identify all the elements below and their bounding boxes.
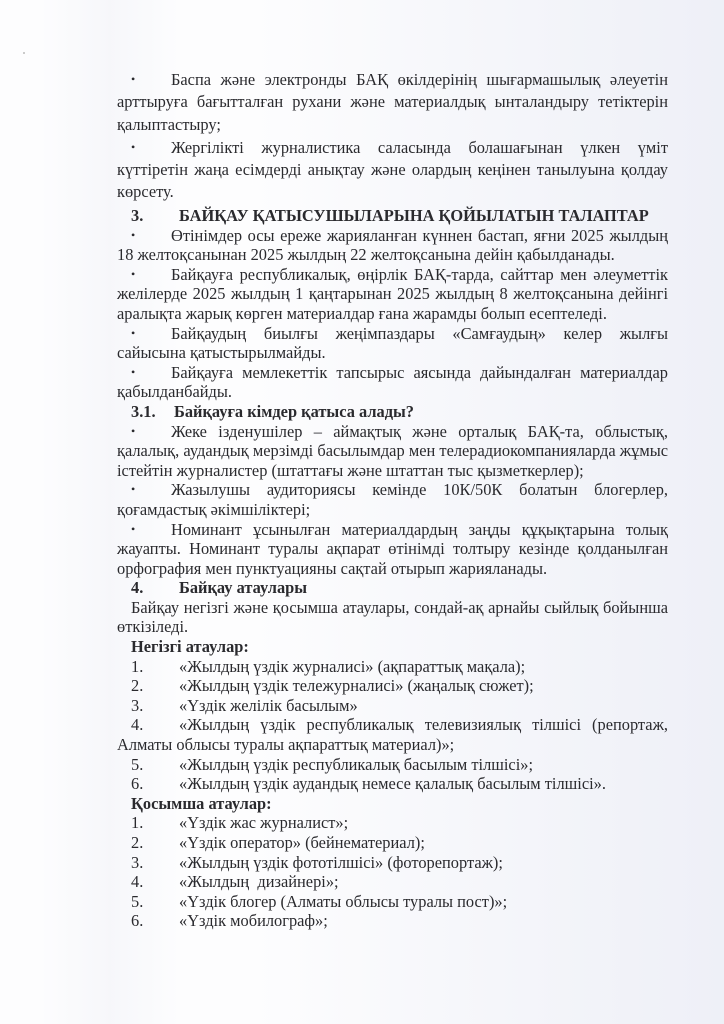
section-3-1-bullet: •Жеке ізденушілер – аймақтық және орталы… — [117, 422, 668, 481]
section-3-bullet: •Байқауға республикалық, өңірлік БАҚ-тар… — [117, 265, 668, 324]
list-item: 2.«Жылдың үздік тележурналисі» (жаңалық … — [117, 676, 668, 696]
section-3-bullet: •Байқаудың биылғы жеңімпаздары «Самғауды… — [117, 324, 668, 363]
scan-speck — [23, 52, 25, 54]
list-item: 4.«Жылдың үздік республикалық телевизиял… — [117, 715, 668, 754]
bullet-icon: • — [131, 324, 171, 344]
main-nominations-heading: Негізгі атаулар: — [117, 637, 668, 657]
section-3-1-bullet: •Номинант ұсынылған материалдардың заңды… — [117, 520, 668, 579]
main-nominations-list: 1.«Жылдың үздік журналисі» (ақпараттық м… — [117, 657, 668, 794]
list-item: 1.«Үздік жас журналист»; — [117, 813, 668, 833]
list-item: 3.«Үздік желілік басылым» — [117, 696, 668, 716]
list-item: 6.«Жылдың үздік аудандық немесе қалалық … — [117, 774, 668, 794]
bullet-icon: • — [131, 136, 171, 158]
document-body: 3.БАЙҚАУ ҚАТЫСУШЫЛАРЫНА ҚОЙЫЛАТЫН ТАЛАПТ… — [117, 206, 668, 931]
list-item: 2.«Үздік оператор» (бейнематериал); — [117, 833, 668, 853]
intro-bullet: •Жергілікті журналистика саласында болаш… — [117, 136, 668, 204]
bullet-icon: • — [131, 480, 171, 500]
bullet-icon: • — [131, 363, 171, 383]
bullet-icon: • — [131, 68, 171, 90]
section-4-heading: 4.Байқау атаулары — [117, 578, 668, 598]
section-3-bullet: •Байқауға мемлекеттік тапсырыс аясында д… — [117, 363, 668, 402]
list-item: 4.«Жылдың дизайнері»; — [117, 872, 668, 892]
section-3-heading: 3.БАЙҚАУ ҚАТЫСУШЫЛАРЫНА ҚОЙЫЛАТЫН ТАЛАПТ… — [117, 206, 668, 226]
list-item: 1.«Жылдың үздік журналисі» (ақпараттық м… — [117, 657, 668, 677]
bullet-icon: • — [131, 226, 171, 246]
bullet-icon: • — [131, 265, 171, 285]
bullet-icon: • — [131, 520, 171, 540]
list-item: 5.«Жылдың үздік республикалық басылым ті… — [117, 755, 668, 775]
bullet-icon: • — [131, 422, 171, 442]
section-3-1-bullet: •Жазылушы аудиториясы кемінде 10К/50К бо… — [117, 480, 668, 519]
section-3-bullet: •Өтінімдер осы ереже жарияланған күннен … — [117, 226, 668, 265]
list-item: 5.«Үздік блогер (Алматы облысы туралы по… — [117, 892, 668, 912]
intro-bullet: •Баспа және электронды БАҚ өкілдерінің ш… — [117, 68, 668, 136]
list-item: 6.«Үздік мобилограф»; — [117, 911, 668, 931]
section-4-intro: Байқау негізгі және қосымша атаулары, со… — [117, 598, 668, 637]
section-3-1-heading: 3.1.Байқауға кімдер қатыса алады? — [117, 402, 668, 422]
list-item: 3.«Жылдың үздік фототілшісі» (фоторепорт… — [117, 853, 668, 873]
intro-section: •Баспа және электронды БАҚ өкілдерінің ш… — [117, 68, 668, 204]
extra-nominations-heading: Қосымша атаулар: — [117, 794, 668, 814]
extra-nominations-list: 1.«Үздік жас журналист»; 2.«Үздік операт… — [117, 813, 668, 931]
